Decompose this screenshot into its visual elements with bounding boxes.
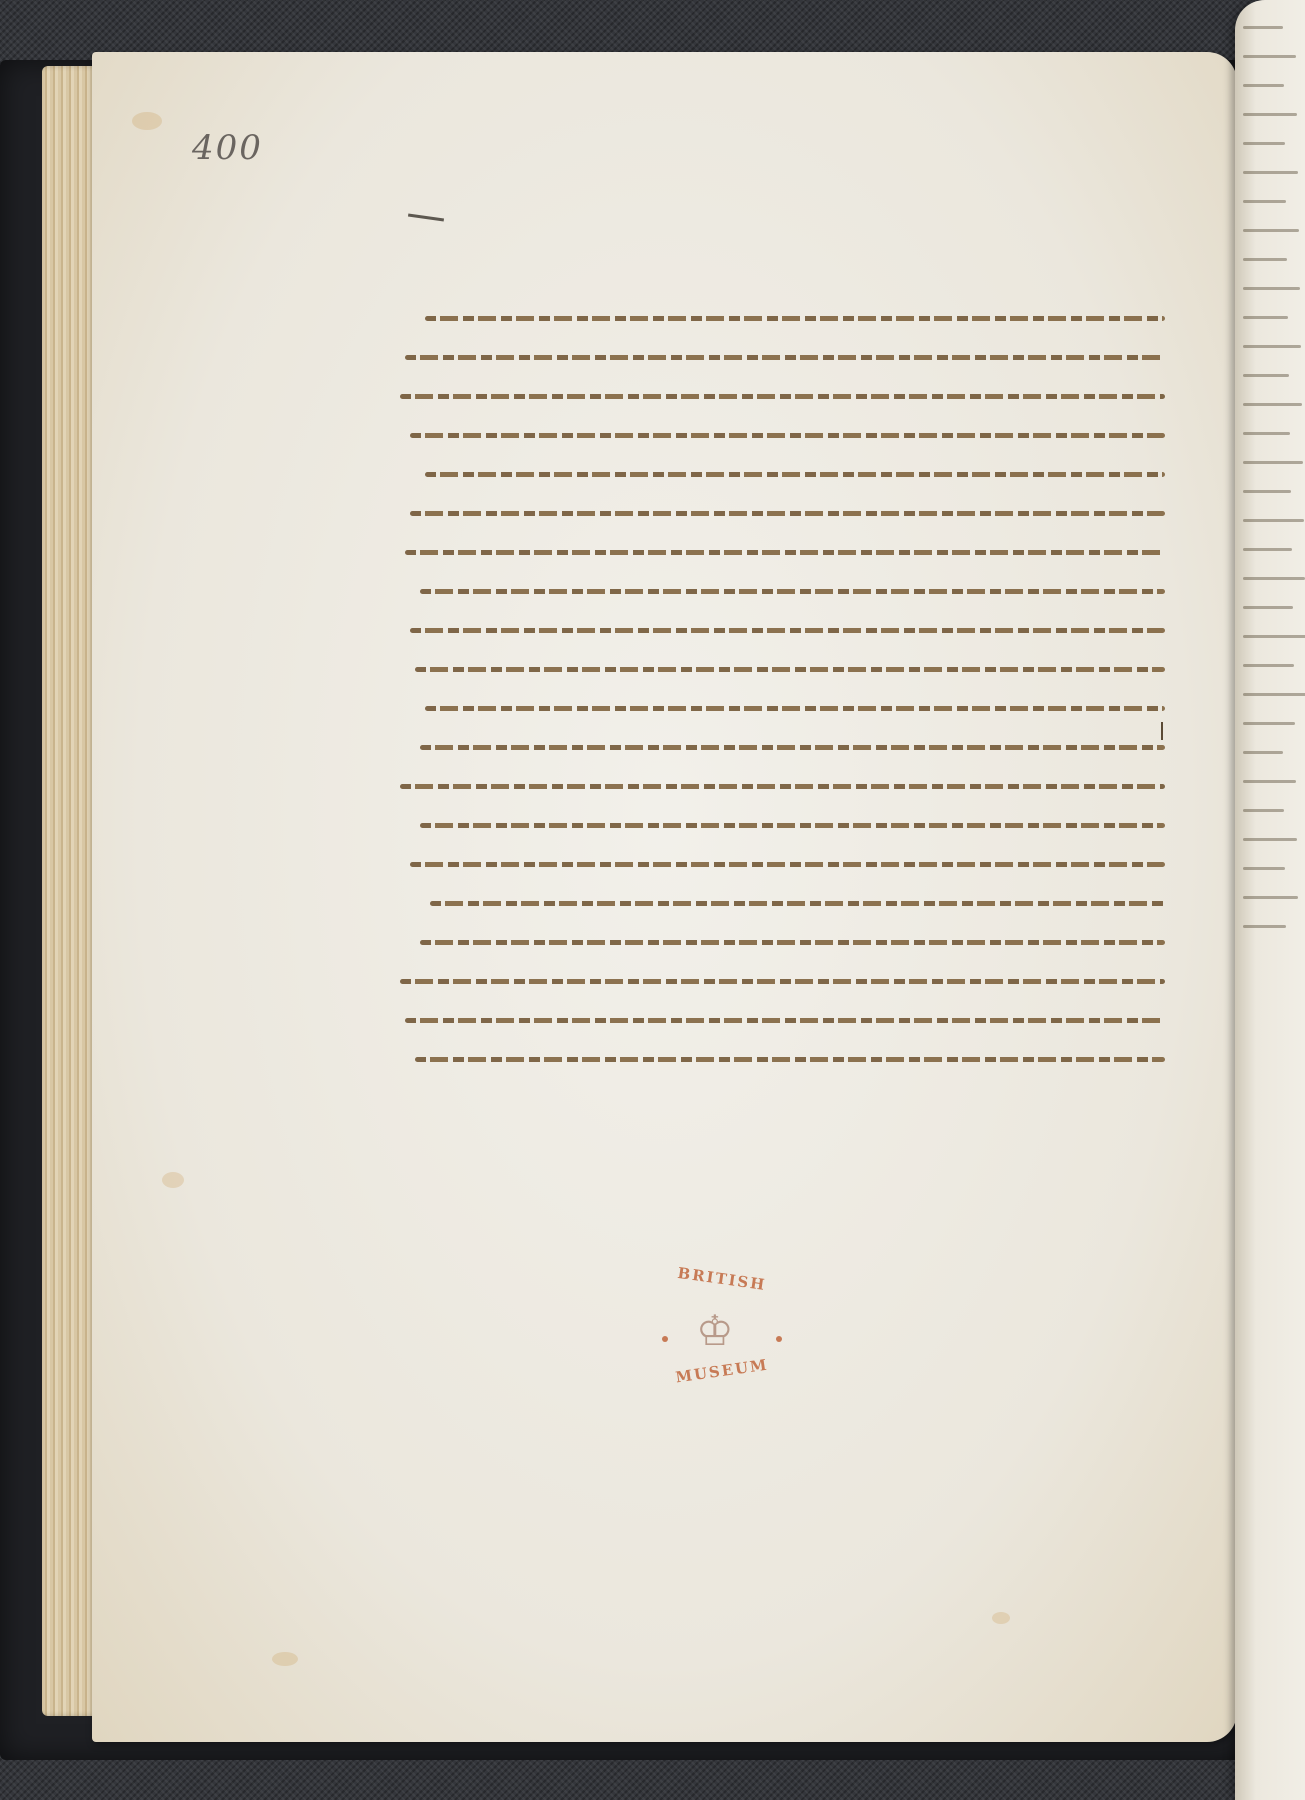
facing-page-text-line [1243,113,1297,116]
margin-mark [1161,722,1163,740]
manuscript-line [395,885,1165,924]
manuscript-line [395,300,1165,339]
facing-page-text-line [1243,896,1298,899]
manuscript-line [395,1002,1165,1041]
facing-page-text-line [1243,432,1290,435]
handwriting-stroke [400,784,1165,789]
handwriting-stroke [425,472,1165,477]
facing-page-text-line [1243,867,1285,870]
facing-page-text-line [1243,751,1283,754]
handwriting-stroke [410,433,1165,438]
handwriting-stroke [420,589,1165,594]
handwriting-stroke [405,1018,1165,1023]
facing-page-text-line [1243,722,1295,725]
manuscript-line [395,729,1165,768]
facing-page-text-line [1243,142,1285,145]
foxing-spot [272,1652,298,1666]
facing-page-text-line [1243,577,1305,580]
facing-page-text-line [1243,809,1284,812]
handwriting-stroke [400,979,1165,984]
handwriting-stroke [420,940,1165,945]
facing-page-edge [1235,0,1305,1800]
facing-page-text-line [1243,635,1305,638]
handwriting-stroke [430,901,1165,906]
facing-page-text-line [1243,287,1300,290]
manuscript-line [395,417,1165,456]
facing-page-text-line [1243,84,1284,87]
facing-page-text-line [1243,403,1302,406]
facing-page-text-line [1243,171,1298,174]
stamp-dot [776,1336,782,1342]
handwriting-stroke [425,316,1165,321]
handwriting-stroke [420,823,1165,828]
facing-page-text-line [1243,664,1294,667]
facing-page-text-line [1243,490,1291,493]
facing-page-text-line [1243,461,1303,464]
stamp-dot [662,1336,668,1342]
manuscript-line [395,534,1165,573]
facing-page-text-line [1243,519,1304,522]
handwriting-stroke [415,667,1165,672]
manuscript-line [395,378,1165,417]
facing-page-text-line [1243,200,1286,203]
manuscript-line [395,1041,1165,1080]
facing-page-text-line [1243,838,1297,841]
facing-page-text-line [1243,606,1293,609]
manuscript-line [395,846,1165,885]
manuscript-line [395,651,1165,690]
facing-page-text-line [1243,26,1283,29]
manuscript-line [395,807,1165,846]
manuscript-text-block [395,300,1165,1080]
british-museum-stamp: BRITISH ♔ MUSEUM [662,1270,782,1390]
facing-page-text-line [1243,229,1299,232]
manuscript-line [395,924,1165,963]
facing-page-text-line [1243,345,1301,348]
handwriting-stroke [400,394,1165,399]
handwriting-stroke [405,355,1165,360]
facing-page-text-line [1243,258,1287,261]
facing-page-text-line [1243,548,1292,551]
crown-icon: ♔ [696,1306,734,1355]
handwriting-stroke [410,511,1165,516]
manuscript-line [395,690,1165,729]
foxing-spot [132,112,162,130]
handwriting-stroke [420,745,1165,750]
manuscript-line [395,456,1165,495]
facing-page-text-line [1243,55,1296,58]
manuscript-line [395,768,1165,807]
manuscript-line [395,963,1165,1002]
facing-page-text-line [1243,925,1286,928]
handwriting-stroke [410,628,1165,633]
facing-page-text-line [1243,374,1289,377]
folio-number: 400 [192,128,263,168]
facing-page-text-line [1243,316,1288,319]
handwriting-stroke [410,862,1165,867]
manuscript-line [395,573,1165,612]
facing-page-text-line [1243,780,1296,783]
foxing-spot [162,1172,184,1188]
manuscript-line [395,495,1165,534]
facing-page-text-line [1243,693,1305,696]
manuscript-line [395,339,1165,378]
stamp-bottom-text: MUSEUM [661,1354,782,1389]
handwriting-stroke [425,706,1165,711]
handwriting-stroke [405,550,1165,555]
handwriting-stroke [415,1057,1165,1062]
foxing-spot [992,1612,1010,1624]
manuscript-line [395,612,1165,651]
